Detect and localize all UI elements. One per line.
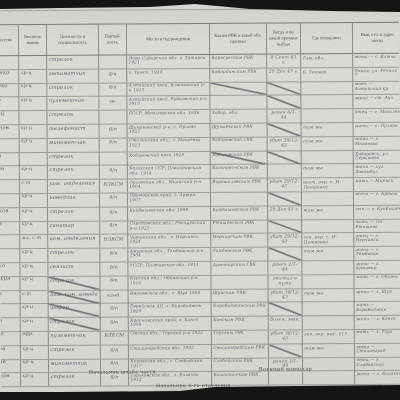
table-cell: кр-ц [19,97,47,110]
table-cell [269,344,303,357]
table-cell: ВЛКСМ [100,180,128,193]
table-cell [301,109,353,122]
table-cell: мать — Алтайский кр. [353,81,400,94]
table-cell: там же [302,288,354,301]
table-cell: ВЛКСМ [101,331,129,344]
table-cell [302,192,354,205]
table-cell: ранен 6/1-44 [267,110,301,123]
table-cell: кр-ц [20,263,48,276]
table-cell: стрелок [49,345,101,358]
column-header: Где похоронен [301,23,353,53]
table-cell: стрелок [47,111,99,124]
table-cell: кр-ц [20,249,48,262]
table-cell: ефр. [21,332,49,345]
table-cell: отстал в пути [268,275,302,288]
table-cell: б/п [100,262,128,275]
table-cell: ов [0,180,20,193]
table-cell [303,302,355,315]
table-cell: манов [0,125,20,138]
table-cell: кр-ц [19,70,47,83]
table-cell: Карасукским РВК [210,55,267,68]
table-cell: Биробиджанским РВК [212,303,269,316]
table-cell [210,82,267,95]
table-cell: ушкин [0,277,21,290]
table-cell: вост. окр. с. Н-Петровка [302,178,354,191]
table-cell: льев [0,346,21,359]
table-cell: сын — г. Куйбышев [354,205,400,218]
table-cell: стрелок [48,276,100,289]
table-cell: наводчик [48,194,100,207]
table-cell: Читинская обл., г. Нерчинск 1924 [128,234,211,248]
table-cell: ченко [0,84,19,97]
table-cell: зап. окр. выс. 117 [303,330,355,343]
signature-chief-of-staff: Начальник штаба части [89,369,156,375]
table-cell: баев [0,166,20,179]
table-cell [268,220,302,233]
table-cell: Тарским РВК [212,331,269,344]
table-cell [211,275,268,288]
table-cell: убит 28/12-43 [268,137,302,150]
column-header: Партий- ность [99,24,127,54]
table-cell: 29 Дек 43 г. [268,206,302,219]
table-cell: ком. отделения [48,235,100,248]
table-cell: Канским РВК [212,317,269,331]
table-cell: там же [302,137,354,150]
table-cell: Сталинская обл., г. Макеевка 1913 [128,138,211,151]
table-cell: б/п [100,166,128,179]
table-cell: Хабар. обл. [210,110,267,123]
table-cell: кр-ц [20,208,48,221]
table-cell: кр-ц [20,194,48,207]
table-cell [303,316,355,329]
table-cell: жена — г. Армавир [354,261,400,274]
column-header: Место и год рождения [127,24,210,55]
table-cell: кр-ц [19,125,47,138]
table-cell [301,82,353,95]
table-cell: Томск, ул. Речная 7 [353,67,400,80]
table-cell [267,123,301,136]
table-cell: нов [0,97,19,110]
table-cell: канд. [100,290,128,303]
table-cell: Омская обл., Тарский р-н 1923 [129,331,212,344]
table-cell: Ртищевским РВК [211,220,268,233]
table-cell: 29 Дек 43 г. [267,68,301,81]
table-cell: минометчик [48,138,100,151]
table-cell: жена — аул Джамбул [354,164,400,177]
table-cell: с-т [20,180,48,193]
table-cell: кр-ц [21,304,49,317]
table-cell: б/п [99,83,127,96]
table-cell: Амурская обл., Тамбовский р-н 1904 [128,248,211,261]
scanned-document-page: отчествоВоенное званиеДолжность и специа… [0,0,400,400]
table-cell: кр-ц [20,277,48,290]
table-cell: жена — г. Шуя [354,288,400,301]
table-cell: стрелок [47,56,99,69]
table-cell: пулеметчик [49,332,101,345]
table-cell: кр-ц [21,373,49,386]
table-cell [302,261,354,274]
table-cell: жена — г. Артем [354,192,400,205]
table-cell: Армавирским ГВК [211,261,268,275]
table-cell: кр-ц [20,221,48,234]
column-header: Имя, отч. и адрес жены [353,23,400,53]
table-cell [20,152,48,165]
table-cell: там же [302,164,354,177]
table-cell [99,55,127,68]
table-cell: жена — с. Ключи [353,54,400,67]
table-cell: Там. обл. [301,54,353,67]
table-cell: ком. отделения [48,180,100,193]
column-header: Должность и специальность [47,25,99,55]
table-cell: б/п [100,276,128,289]
table-cell: убит 29/12-43 [268,234,302,247]
table-cell: жена — г. Балахна [355,371,400,384]
table-cell: там же [301,123,353,136]
table-header-row: отчествоВоенное званиеДолжность и специа… [0,22,400,57]
table-cell: б/п [101,317,129,330]
table-cell: 8 Сент 43 г. [267,54,301,67]
table-cell: УССР, Полтавская обл. 1911 [128,262,211,276]
table-cell: Сталинградским РВК [212,344,269,358]
table-cell: кр-ц [20,166,48,179]
table-cell [302,150,354,163]
table-cell: Приморский край, г. Артем 1907 [128,193,211,206]
table-cell [99,111,127,124]
table-cell: Нерчинским РВК [211,234,268,248]
column-header: Когда и по какой причине выбыл [267,23,301,53]
table-cell: Кагановичским РВК [211,165,268,178]
table-cell: отец — г. Нерчинск [354,233,400,246]
table-cell: шофер [49,304,101,317]
table-cell: мать — г. Обоянь [354,275,400,288]
table-cell [19,111,47,124]
table-cell: б/п [100,193,128,206]
table-cell: там же [303,344,355,357]
table-cell: стрелок [47,83,99,96]
table-cell: кр-ц [21,359,49,372]
table-cell: жена — ст. Аул [353,95,400,108]
table-cell: там же [302,247,354,260]
table-cell: кр-ц [21,346,49,359]
table-cell: Казахская ССР, Павлодарская обл. 1914 [128,165,211,178]
table-cell: связист [48,262,100,275]
table-cell [268,192,302,205]
column-header: Военное звание [19,25,47,55]
table-cell: жена — г. Канск [355,316,400,329]
table-cell: мать — ст. Ртищево [354,219,400,232]
table-cell: отец — г. Могилев [353,109,400,122]
table-cell: ков [0,291,21,304]
table-cell: б/п [100,249,128,262]
table-cell: ин [0,235,20,248]
table-cell: енко [0,263,20,276]
table-cell: Ивановская обл., г. Шуя 1908 [129,289,212,303]
table-cell: ов [0,249,20,262]
table-cell [269,372,303,385]
table-cell: в [0,56,19,69]
table-cell: стрелок [48,249,100,262]
table-cell: б/п [101,304,129,317]
table-cell: жена — г. Макеевка [354,137,400,150]
table-cell: ВЛКСМ [100,235,128,248]
table-cell: Ново-Сибирская обл. г. Татарск 1921 [127,55,210,68]
table-cell: б/п [101,345,129,358]
table-cell: санитар [48,221,100,234]
table-cell: б/п [100,138,128,151]
table-cell [267,82,301,95]
table-cell: убит 29/12-43 [268,178,302,191]
table-cell: Хабаровский край 1925 [128,151,211,165]
table-cell: ов [0,304,21,317]
table-cell: ов [0,139,20,152]
table-cell [301,95,353,108]
table-cell [268,248,302,261]
table-cell: мл. с-т [20,235,48,248]
table-cell: ранен 2/1-44 [268,261,302,274]
table-cell: ский [0,111,20,124]
table-cell: болен, эвак. [269,316,303,329]
table-cell: стрелок [48,207,100,220]
table-cell: Хабаровский РВК [211,151,268,165]
table-cell: сев. окр. с. Н-Петровка [302,233,354,246]
table-cell: Кабардинским РВК [210,68,267,82]
table-cell: мать — Биробиджан [355,302,400,315]
table-cell: мов [0,332,21,345]
table-cell [302,275,354,288]
table-cell: с-т [21,290,49,303]
table-cell: Хабаровский ГВК [211,137,268,150]
table-cell [302,220,354,233]
table-cell: гв. [99,97,127,110]
column-header: отчество [0,25,19,55]
table-cell [269,303,303,316]
table-cell: б/п [99,69,127,82]
table-cell: Шумаевский РВК [210,123,267,137]
table-cell: Красноярский край, г. Канск 1909 [129,317,212,331]
table-cell: пулеметчик [47,97,99,110]
table-cell: б/п [100,221,128,234]
table-cell: Куйбышевская обл. 1899 [128,206,211,220]
table-cell: убит 30/12-43 [268,289,302,302]
table-cell: Еврейская АО, г. Биробиджан 1920 [129,303,212,316]
table-cell: стрелок [49,318,101,331]
table-cell [268,151,302,164]
column-header: Каким РВК и какой обл. призван [210,24,267,54]
table-cell: там же [302,206,354,219]
table-cell: Хабаровск, ул. Серышева [354,150,400,163]
table-cell: Саратовская обл., Ртищевский р-н 1922 [128,220,211,233]
table-cell: убит 30/12-43 [269,330,303,343]
table-cell [267,96,301,109]
table-cell [268,165,302,178]
table-cell: анов [0,360,21,373]
table-cell: б/п [100,207,128,220]
table-cell [19,56,47,69]
table-cell: ирнов [0,373,21,386]
table-cell: Алтайский край, Рубцовский р-н 1918 [127,96,210,110]
table-cell: ев [0,194,20,207]
table-cell: кр-ц [21,318,49,331]
table-cell: стрелок [48,166,100,179]
table-cell: Тамбовским РВК [211,248,268,261]
table-cell: автоматчик [47,69,99,82]
table-cell: рев [0,318,21,331]
table-cell: Сталинградская обл. 1902 [129,344,212,358]
table-cell: пом. ком. взвода [49,290,101,303]
table-cell: отец — г. Слободской [355,357,400,370]
table-cell: цев [0,222,20,235]
table-cell [211,193,268,206]
table-cell: БССР, Могилевская обл. 1926 [127,110,210,123]
table-cell: мать — с. Орлово [353,123,400,136]
table-cell [303,371,355,384]
table-cell: кр-ц [20,139,48,152]
casualty-register-table: отчествоВоенное званиеДолжность и специа… [0,22,400,388]
table-cell: Б. Токмак [301,68,353,81]
table-cell: жена — Сталинград [355,343,400,356]
table-cell: телефонист [47,124,99,137]
table-cell: Орловская обл., Мценский р-н 1904 [128,179,211,193]
table-cell: Ворошиловским РВК [211,179,268,193]
signature-military-commissar: Военный комиссар [259,366,312,372]
table-cell: жена — с. Тамбовка [354,247,400,260]
table-cell [210,96,267,110]
table-cell [100,152,128,165]
table-cell: щенко [0,70,19,83]
table-cell: ников [0,208,20,221]
table-cell: Шумановский р-н, с. Орлово 1925 [127,124,210,138]
table-cell: мать — Мценск [354,178,400,191]
table-cell: кр-ц [19,84,47,97]
table-cell: Шуйским РВК [211,289,268,303]
paper-sheet: отчествоВоенное званиеДолжность и специа… [0,8,400,394]
table-cell: Алтайский край, Ключевский р-н 1915 [127,83,210,96]
table-cell: мать — г. Тара [355,330,400,343]
table-cell: Курская обл., Обоянский р-н 1916 [128,276,211,289]
table-cell: б/п [99,124,127,137]
table-cell: г. Томск, 1924 [127,68,210,82]
table-cell: хин [0,153,20,166]
table-cell: Куйбышевским РВК [211,206,268,220]
table-cell: стрелок [48,152,100,165]
